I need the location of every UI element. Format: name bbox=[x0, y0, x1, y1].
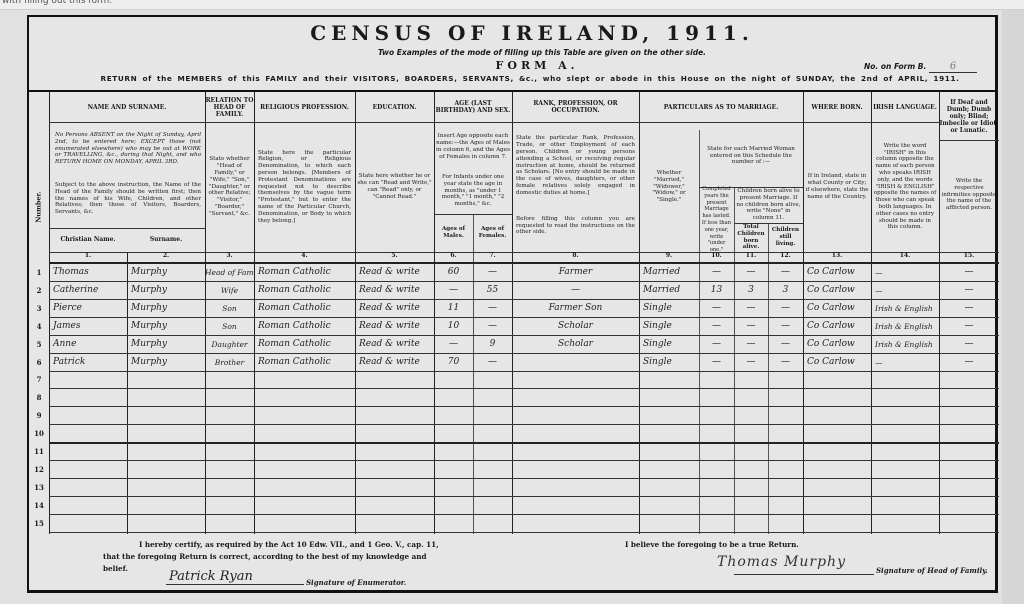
cell-religion: Roman Catholic bbox=[254, 300, 355, 316]
cell-age-f bbox=[473, 461, 512, 477]
cell-surname: Murphy bbox=[127, 318, 205, 334]
cell-years bbox=[699, 389, 734, 405]
cell-age-f: — bbox=[473, 300, 512, 316]
row-number: 12 bbox=[29, 465, 49, 474]
cell-age-m bbox=[434, 515, 473, 531]
cell-age-f bbox=[473, 497, 512, 513]
cell-first bbox=[49, 497, 127, 513]
cell-marital bbox=[639, 515, 699, 531]
relation-instruction: State whether "Head of Family," or "Wife… bbox=[205, 126, 254, 248]
cell-years bbox=[699, 443, 734, 459]
cell-irish: — bbox=[871, 264, 939, 280]
cell-first bbox=[49, 407, 127, 423]
table-row: 14 bbox=[29, 497, 995, 513]
cell-age-f: — bbox=[473, 264, 512, 280]
cell-born bbox=[803, 461, 871, 477]
cell-occupation bbox=[512, 461, 639, 477]
cell-infirm: — bbox=[939, 336, 999, 352]
cell-religion bbox=[254, 443, 355, 459]
cell-age-f bbox=[473, 407, 512, 423]
cell-irish bbox=[871, 461, 939, 477]
cell-total bbox=[734, 497, 768, 513]
cell-total bbox=[734, 389, 768, 405]
row-number: 7 bbox=[29, 375, 49, 384]
row-number: 5 bbox=[29, 340, 49, 349]
cell-occupation bbox=[512, 515, 639, 531]
cell-first bbox=[49, 425, 127, 441]
cell-marital: Married bbox=[639, 282, 699, 298]
form-name: FORM A. bbox=[29, 59, 995, 72]
cell-age-m: 60 bbox=[434, 264, 473, 280]
cell-years: — bbox=[699, 318, 734, 334]
cell-marital: Single bbox=[639, 336, 699, 352]
cell-surname bbox=[127, 389, 205, 405]
cell-marital bbox=[639, 425, 699, 441]
cell-marital: Married bbox=[639, 264, 699, 280]
cell-education bbox=[355, 515, 434, 531]
census-form: CENSUS OF IRELAND, 1911. Two Examples of… bbox=[27, 15, 998, 593]
cell-education bbox=[355, 497, 434, 513]
cell-infirm: — bbox=[939, 354, 999, 370]
row-number: 15 bbox=[29, 519, 49, 528]
cell-age-f bbox=[473, 389, 512, 405]
cell-education: Read & write bbox=[355, 282, 434, 298]
cell-first: James bbox=[49, 318, 127, 334]
where-born-instruction: If in Ireland, state in what County or C… bbox=[803, 126, 871, 248]
cell-years: 13 bbox=[699, 282, 734, 298]
cell-occupation: Farmer bbox=[512, 264, 639, 280]
cell-marital bbox=[639, 497, 699, 513]
cell-first: Catherine bbox=[49, 282, 127, 298]
cell-irish bbox=[871, 407, 939, 423]
cell-relation bbox=[205, 389, 254, 405]
infirmities-header: If Deaf and Dumb; Dumb only; Blind; Imbe… bbox=[939, 92, 999, 140]
cell-religion bbox=[254, 389, 355, 405]
cell-education bbox=[355, 461, 434, 477]
cell-born: Co Carlow bbox=[803, 354, 871, 370]
cell-irish: Irish & English bbox=[871, 336, 939, 352]
cell-religion bbox=[254, 371, 355, 387]
cell-age-f: 9 bbox=[473, 336, 512, 352]
cell-infirm bbox=[939, 497, 999, 513]
cell-religion bbox=[254, 407, 355, 423]
cell-infirm: — bbox=[939, 318, 999, 334]
cell-age-m bbox=[434, 389, 473, 405]
infirmities-instruction: Write the respective infirmities opposit… bbox=[939, 142, 999, 248]
row-number: 14 bbox=[29, 501, 49, 510]
cell-born bbox=[803, 371, 871, 387]
cell-born bbox=[803, 425, 871, 441]
surname-header: Surname. bbox=[127, 228, 205, 252]
cell-occupation bbox=[512, 407, 639, 423]
table-row: 2CatherineMurphyWifeRoman CatholicRead &… bbox=[29, 282, 995, 298]
row-number: 9 bbox=[29, 411, 49, 420]
cell-age-f: — bbox=[473, 318, 512, 334]
cell-marital bbox=[639, 389, 699, 405]
cell-surname bbox=[127, 425, 205, 441]
cell-relation bbox=[205, 461, 254, 477]
cell-marital: Single bbox=[639, 300, 699, 316]
cell-years bbox=[699, 479, 734, 495]
age-instruction-2: For Infants under one year state the age… bbox=[434, 170, 512, 212]
cell-born: Co Carlow bbox=[803, 318, 871, 334]
cell-living bbox=[768, 389, 803, 405]
cell-occupation: Scholar bbox=[512, 336, 639, 352]
row-number: 2 bbox=[29, 286, 49, 295]
cell-years bbox=[699, 461, 734, 477]
cell-education: Read & write bbox=[355, 336, 434, 352]
cell-surname: Murphy bbox=[127, 336, 205, 352]
cell-relation: Head of Family bbox=[205, 264, 254, 280]
occupation-header: RANK, PROFESSION, OR OCCUPATION. bbox=[512, 92, 639, 122]
cell-irish bbox=[871, 371, 939, 387]
cell-living: 3 bbox=[768, 282, 803, 298]
cell-total bbox=[734, 515, 768, 531]
form-b-value: 6 bbox=[929, 61, 977, 73]
cell-education: Read & write bbox=[355, 318, 434, 334]
education-instruction: State here whether he or she can "Read a… bbox=[355, 126, 434, 248]
cell-marital bbox=[639, 371, 699, 387]
table-row: 12 bbox=[29, 461, 995, 477]
marriage-header: PARTICULARS AS TO MARRIAGE. bbox=[639, 92, 803, 122]
cell-relation bbox=[205, 497, 254, 513]
cell-born bbox=[803, 389, 871, 405]
cell-education bbox=[355, 371, 434, 387]
occupation-instruction-2: Before filling this column you are reque… bbox=[514, 208, 637, 244]
cell-age-m: 10 bbox=[434, 318, 473, 334]
cell-irish bbox=[871, 389, 939, 405]
cell-first bbox=[49, 371, 127, 387]
cell-first bbox=[49, 461, 127, 477]
cell-irish bbox=[871, 497, 939, 513]
cell-surname bbox=[127, 497, 205, 513]
row-number: 8 bbox=[29, 393, 49, 402]
cell-relation bbox=[205, 443, 254, 459]
cell-relation: Brother bbox=[205, 354, 254, 370]
cell-total bbox=[734, 443, 768, 459]
cell-infirm bbox=[939, 425, 999, 441]
cell-years: — bbox=[699, 354, 734, 370]
cell-irish bbox=[871, 443, 939, 459]
cell-religion: Roman Catholic bbox=[254, 282, 355, 298]
form-b-label: No. on Form B. bbox=[864, 62, 926, 71]
cell-years bbox=[699, 497, 734, 513]
cell-age-m: 11 bbox=[434, 300, 473, 316]
cell-living: — bbox=[768, 336, 803, 352]
cell-occupation: Farmer Son bbox=[512, 300, 639, 316]
enumerator-signature: Patrick Ryan bbox=[169, 569, 253, 584]
age-header: AGE (last Birthday) and SEX. bbox=[434, 92, 512, 122]
browser-bar: with filling out this form. bbox=[0, 0, 1024, 10]
table-row: 10 bbox=[29, 425, 995, 441]
cell-education bbox=[355, 407, 434, 423]
cell-surname bbox=[127, 443, 205, 459]
cell-occupation bbox=[512, 425, 639, 441]
cell-total bbox=[734, 425, 768, 441]
cell-relation: Daughter bbox=[205, 336, 254, 352]
cell-irish bbox=[871, 425, 939, 441]
table-row: 15 bbox=[29, 515, 995, 531]
enumerator-certification: I hereby certify, as required by the Act… bbox=[103, 539, 463, 575]
row-number: 6 bbox=[29, 358, 49, 367]
cell-surname bbox=[127, 407, 205, 423]
cell-born bbox=[803, 515, 871, 531]
cell-living: — bbox=[768, 354, 803, 370]
cell-age-f bbox=[473, 515, 512, 531]
enumerator-signature-label: Signature of Enumerator. bbox=[306, 578, 406, 587]
cell-irish bbox=[871, 479, 939, 495]
cell-occupation bbox=[512, 443, 639, 459]
cell-relation bbox=[205, 425, 254, 441]
row-number: 11 bbox=[29, 447, 49, 456]
cell-surname: Murphy bbox=[127, 354, 205, 370]
cell-born: Co Carlow bbox=[803, 264, 871, 280]
cell-first: Thomas bbox=[49, 264, 127, 280]
cell-infirm bbox=[939, 461, 999, 477]
married-woman-instruction: State for each Married Woman entered on … bbox=[699, 126, 803, 186]
table-row: 1ThomasMurphyHead of FamilyRoman Catholi… bbox=[29, 264, 995, 280]
cell-infirm bbox=[939, 407, 999, 423]
cell-marital bbox=[639, 479, 699, 495]
cell-total bbox=[734, 461, 768, 477]
cell-age-f: — bbox=[473, 354, 512, 370]
cell-infirm bbox=[939, 371, 999, 387]
cell-first: Patrick bbox=[49, 354, 127, 370]
row-number: 4 bbox=[29, 322, 49, 331]
cell-infirm: — bbox=[939, 282, 999, 298]
cell-religion bbox=[254, 425, 355, 441]
cell-relation: Son bbox=[205, 300, 254, 316]
table-row: 6PatrickMurphyBrotherRoman CatholicRead … bbox=[29, 354, 995, 370]
cell-total: 3 bbox=[734, 282, 768, 298]
occupation-instruction-1: State the particular Rank, Profession, T… bbox=[514, 126, 637, 206]
name-instruction-2: Subject to the above instruction, the Na… bbox=[53, 174, 203, 224]
marital-status-instruction: Whether "Married," "Widower," "Widow," o… bbox=[639, 126, 699, 248]
cell-born bbox=[803, 407, 871, 423]
irish-language-instruction: Write the word "IRISH" in this column op… bbox=[871, 126, 939, 248]
cell-born: Co Carlow bbox=[803, 336, 871, 352]
cell-age-m: 70 bbox=[434, 354, 473, 370]
browser-bar-text: with filling out this form. bbox=[2, 0, 112, 6]
cell-occupation bbox=[512, 354, 639, 370]
cell-age-m bbox=[434, 371, 473, 387]
cell-occupation bbox=[512, 389, 639, 405]
cell-age-f bbox=[473, 425, 512, 441]
cell-surname: Murphy bbox=[127, 282, 205, 298]
cell-age-m bbox=[434, 407, 473, 423]
cell-irish: — bbox=[871, 354, 939, 370]
cell-irish: — bbox=[871, 282, 939, 298]
cell-surname bbox=[127, 479, 205, 495]
cell-surname bbox=[127, 515, 205, 531]
cell-education: Read & write bbox=[355, 354, 434, 370]
religion-instruction: State here the particular Religion, or R… bbox=[256, 126, 353, 248]
cell-living: — bbox=[768, 300, 803, 316]
cell-marital bbox=[639, 461, 699, 477]
cell-religion bbox=[254, 497, 355, 513]
cell-first bbox=[49, 443, 127, 459]
cell-years: — bbox=[699, 300, 734, 316]
row-number: 13 bbox=[29, 483, 49, 492]
table-row: 11 bbox=[29, 443, 995, 459]
cell-irish bbox=[871, 515, 939, 531]
children-born-header: Children born alive to present Marriage.… bbox=[734, 188, 803, 222]
cell-living bbox=[768, 479, 803, 495]
education-header: EDUCATION. bbox=[355, 92, 434, 122]
cell-occupation bbox=[512, 497, 639, 513]
census-table: Number. NAME AND SURNAME. No Persons ABS… bbox=[29, 90, 995, 534]
cell-surname bbox=[127, 461, 205, 477]
cell-infirm: — bbox=[939, 300, 999, 316]
total-children-header: Total Children born alive. bbox=[734, 223, 768, 252]
cell-total: — bbox=[734, 336, 768, 352]
years-married-header: Completed years the present Marriage has… bbox=[699, 188, 734, 252]
cell-first bbox=[49, 389, 127, 405]
form-b-number: No. on Form B. 6 bbox=[864, 61, 977, 73]
cell-infirm bbox=[939, 479, 999, 495]
cell-first: Anne bbox=[49, 336, 127, 352]
cell-education bbox=[355, 389, 434, 405]
cell-living: — bbox=[768, 318, 803, 334]
cell-living: — bbox=[768, 264, 803, 280]
cell-years: — bbox=[699, 336, 734, 352]
cell-relation bbox=[205, 479, 254, 495]
table-row: 13 bbox=[29, 479, 995, 495]
page-edge bbox=[1002, 10, 1024, 604]
cell-marital bbox=[639, 443, 699, 459]
row-number: 3 bbox=[29, 304, 49, 313]
irish-language-header: IRISH LANGUAGE. bbox=[871, 92, 939, 122]
cell-age-f: 55 bbox=[473, 282, 512, 298]
cell-education bbox=[355, 443, 434, 459]
cell-age-m bbox=[434, 479, 473, 495]
cell-living bbox=[768, 407, 803, 423]
row-number: 10 bbox=[29, 429, 49, 438]
ages-females-header: Ages of Females. bbox=[473, 214, 512, 252]
cell-infirm bbox=[939, 389, 999, 405]
column-number-row: 1. 2. 3. 4. 5. 6. 7. 8. 9. 10. 11. 12. 1… bbox=[29, 252, 995, 262]
cell-born: Co Carlow bbox=[803, 300, 871, 316]
cell-living bbox=[768, 443, 803, 459]
christian-name-header: Christian Name. bbox=[49, 228, 127, 252]
cell-age-m bbox=[434, 461, 473, 477]
cell-age-m bbox=[434, 443, 473, 459]
cell-religion: Roman Catholic bbox=[254, 354, 355, 370]
cell-occupation bbox=[512, 371, 639, 387]
cell-age-f bbox=[473, 479, 512, 495]
cell-occupation: Scholar bbox=[512, 318, 639, 334]
cell-total bbox=[734, 407, 768, 423]
cell-surname bbox=[127, 371, 205, 387]
cell-relation bbox=[205, 371, 254, 387]
cell-age-f bbox=[473, 371, 512, 387]
table-row: 8 bbox=[29, 389, 995, 405]
cell-born bbox=[803, 479, 871, 495]
cell-first: Pierce bbox=[49, 300, 127, 316]
ages-males-header: Ages of Males. bbox=[434, 214, 473, 252]
cell-living bbox=[768, 371, 803, 387]
head-signature: Thomas Murphy bbox=[717, 554, 846, 570]
name-header: NAME AND SURNAME. bbox=[49, 92, 205, 122]
cell-occupation bbox=[512, 479, 639, 495]
cell-surname: Murphy bbox=[127, 300, 205, 316]
cell-education bbox=[355, 425, 434, 441]
cell-living bbox=[768, 497, 803, 513]
cell-born bbox=[803, 497, 871, 513]
cell-born bbox=[803, 443, 871, 459]
cell-years bbox=[699, 407, 734, 423]
religion-header: RELIGIOUS PROFESSION. bbox=[254, 92, 355, 122]
cell-living bbox=[768, 425, 803, 441]
cell-irish: Irish & English bbox=[871, 300, 939, 316]
cell-age-m bbox=[434, 497, 473, 513]
cell-born: Co Carlow bbox=[803, 282, 871, 298]
page-title: CENSUS OF IRELAND, 1911. bbox=[29, 21, 995, 45]
cell-age-f bbox=[473, 443, 512, 459]
table-row: 3PierceMurphySonRoman CatholicRead & wri… bbox=[29, 300, 995, 316]
cell-years bbox=[699, 425, 734, 441]
cell-irish: Irish & English bbox=[871, 318, 939, 334]
table-row: 4JamesMurphySonRoman CatholicRead & writ… bbox=[29, 318, 995, 334]
cell-total: — bbox=[734, 264, 768, 280]
table-row: 7 bbox=[29, 371, 995, 387]
cell-age-m: — bbox=[434, 282, 473, 298]
cell-religion bbox=[254, 479, 355, 495]
children-living-header: Children still living. bbox=[768, 223, 803, 252]
cell-infirm: — bbox=[939, 264, 999, 280]
cell-living bbox=[768, 461, 803, 477]
cell-first bbox=[49, 515, 127, 531]
cell-first bbox=[49, 479, 127, 495]
age-instruction-1: Insert Age opposite each name:—the Ages … bbox=[434, 124, 512, 170]
cell-surname: Murphy bbox=[127, 264, 205, 280]
cell-education: Read & write bbox=[355, 264, 434, 280]
head-signature-label: Signature of Head of Family. bbox=[876, 566, 988, 575]
cell-total: — bbox=[734, 300, 768, 316]
where-born-header: WHERE BORN. bbox=[803, 92, 871, 122]
cell-religion: Roman Catholic bbox=[254, 336, 355, 352]
cell-religion bbox=[254, 461, 355, 477]
return-line: RETURN of the MEMBERS of this FAMILY and… bbox=[29, 74, 995, 83]
cell-religion bbox=[254, 515, 355, 531]
name-instruction-1: No Persons ABSENT on the Night of Sunday… bbox=[53, 126, 203, 172]
cell-religion: Roman Catholic bbox=[254, 264, 355, 280]
table-row: 5AnneMurphyDaughterRoman CatholicRead & … bbox=[29, 336, 995, 352]
cell-infirm bbox=[939, 515, 999, 531]
cell-relation bbox=[205, 515, 254, 531]
row-number: 1 bbox=[29, 268, 49, 277]
cell-total bbox=[734, 371, 768, 387]
cell-infirm bbox=[939, 443, 999, 459]
cell-education: Read & write bbox=[355, 300, 434, 316]
number-column-label: Number. bbox=[29, 162, 49, 252]
relation-header: RELATION to Head of Family. bbox=[205, 92, 254, 122]
cell-total: — bbox=[734, 354, 768, 370]
true-return-statement: I believe the foregoing to be a true Ret… bbox=[625, 539, 799, 551]
cell-occupation: — bbox=[512, 282, 639, 298]
cell-relation: Wife bbox=[205, 282, 254, 298]
cell-relation bbox=[205, 407, 254, 423]
cell-relation: Son bbox=[205, 318, 254, 334]
cell-years: — bbox=[699, 264, 734, 280]
cell-total bbox=[734, 479, 768, 495]
cell-years bbox=[699, 371, 734, 387]
table-row: 9 bbox=[29, 407, 995, 423]
cell-marital bbox=[639, 407, 699, 423]
cell-education bbox=[355, 479, 434, 495]
cell-years bbox=[699, 515, 734, 531]
cell-age-m: — bbox=[434, 336, 473, 352]
